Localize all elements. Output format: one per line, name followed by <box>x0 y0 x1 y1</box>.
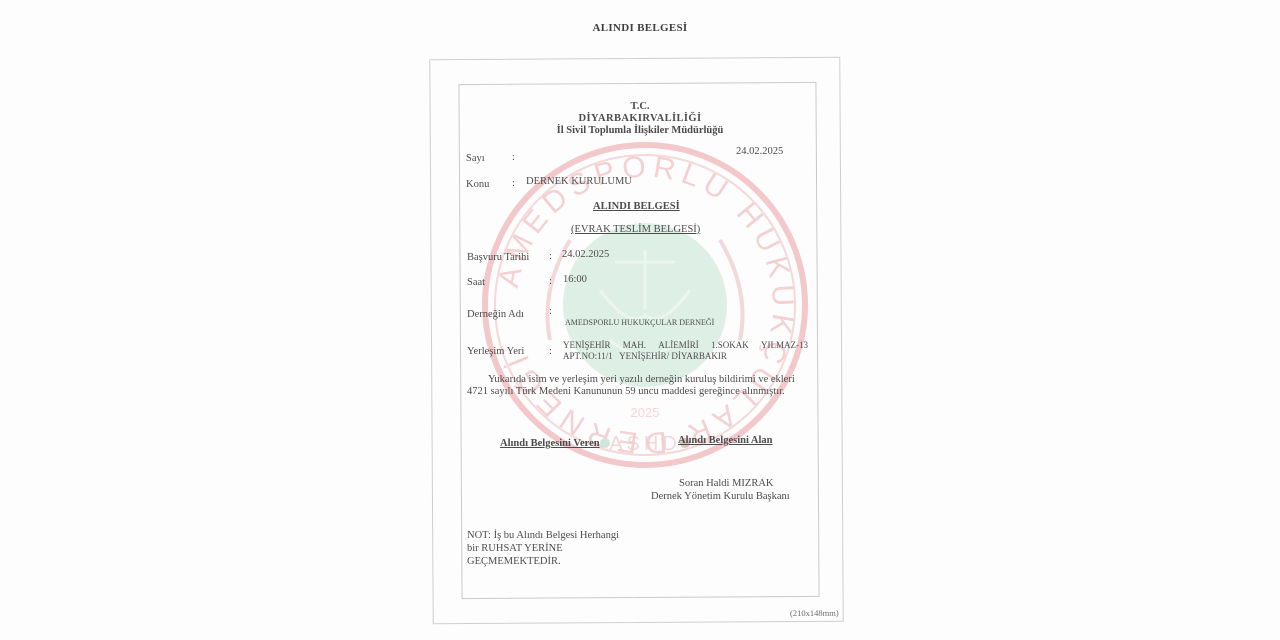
document-content: T.C. DİYARBAKIRVALİLİĞİ İl Sivil Topluml… <box>0 0 1280 640</box>
saat-separator: : <box>549 276 552 287</box>
basvuru-separator: : <box>549 251 552 262</box>
konu-value: DERNEK KURULUMU <box>526 176 632 187</box>
yerlesim-line1: YENİŞEHİR MAH. ALİEMİRİ 1.SOKAK YILMAZ-1… <box>563 340 808 350</box>
body-text-line2: 4721 sayılı Türk Medeni Kanununun 59 unc… <box>467 386 785 397</box>
dernek-label: Derneğin Adı <box>467 309 524 320</box>
sayi-label: Sayı <box>466 153 485 164</box>
recipient-title: Dernek Yönetim Kurulu Başkanı <box>651 491 790 502</box>
document-date: 24.02.2025 <box>736 146 783 157</box>
doc-title: ALINDI BELGESİ <box>593 201 680 212</box>
header-directorate: İl Sivil Toplumla İlişkiler Müdürlüğü <box>520 125 760 136</box>
note-line3: GEÇMEMEKTEDİR. <box>467 556 561 567</box>
address-part: ALİEMİRİ <box>658 340 699 350</box>
address-part: YILMAZ-13 <box>761 340 808 350</box>
address-part: MAH. <box>623 340 646 350</box>
saat-label: Saat <box>467 277 485 288</box>
recipient-name: Soran Haldi MIZRAK <box>679 478 774 489</box>
note-line1: NOT: İş bu Alındı Belgesi Herhangi <box>467 530 619 541</box>
signature-alan-label: Alındı Belgesini Alan <box>678 435 773 446</box>
header-tc: T.C. <box>540 101 740 112</box>
yerlesim-separator: : <box>549 346 552 357</box>
basvuru-label: Başvuru Tarihi <box>467 252 529 263</box>
basvuru-value: 24.02.2025 <box>562 249 609 260</box>
konu-label: Konu <box>466 179 489 190</box>
signature-veren-label: Alındı Belgesini Veren <box>500 438 600 449</box>
doc-subtitle: (EVRAK TESLİM BELGESİ) <box>571 224 700 235</box>
body-text-line1: Yukarıda isim ve yerleşim yeri yazılı de… <box>488 374 795 385</box>
saat-value: 16:00 <box>563 274 587 285</box>
yerlesim-label: Yerleşim Yeri <box>467 346 524 357</box>
dernek-value: AMEDSPORLU HUKUKÇULAR DERNEĞİ <box>565 318 714 327</box>
konu-separator: : <box>512 178 515 189</box>
address-part: YENİŞEHİR <box>563 340 611 350</box>
note-line2: bir RUHSAT YERİNE <box>467 543 563 554</box>
dernek-separator: : <box>549 306 552 317</box>
sayi-separator: : <box>512 152 515 163</box>
header-governorship: DİYARBAKIRVALİLİĞİ <box>540 113 740 124</box>
yerlesim-line2: APT.NO:11/1 YENİŞEHİR/ DİYARBAKIR <box>563 351 727 361</box>
address-part: 1.SOKAK <box>711 340 749 350</box>
